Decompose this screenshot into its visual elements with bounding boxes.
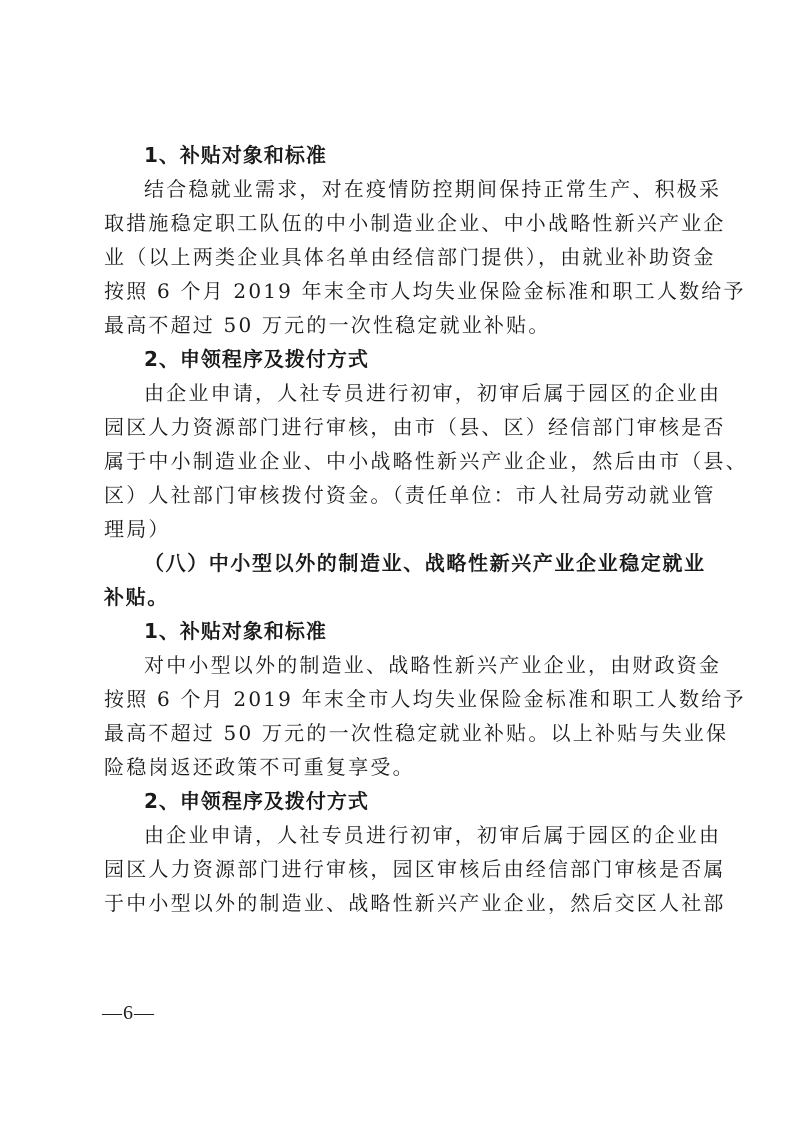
paragraph-application-procedure: 由企业申请，人社专员进行初审，初审后属于园区的企业由 园区人力资源部门进行审核，…	[104, 376, 702, 546]
paragraph-subsidy-target-standard: 对中小型以外的制造业、战略性新兴产业企业，由财政资金 按照 6 个月 2019 …	[104, 648, 702, 784]
subheading-subsidy-target-standard: 1、补贴对象和标准	[104, 138, 702, 172]
paragraph-line: 按照 6 个月 2019 年末全市人均失业保险金标准和职工人数给予	[104, 682, 702, 716]
paragraph-line: 取措施稳定职工队伍的中小制造业企业、中小战略性新兴产业企	[104, 206, 702, 240]
paragraph-line: 属于中小制造业企业、中小战略性新兴产业企业，然后由市（县、	[104, 444, 702, 478]
paragraph-line: 结合稳就业需求，对在疫情防控期间保持正常生产、积极采	[104, 172, 702, 206]
paragraph-line: 理局）	[104, 512, 702, 546]
paragraph-line: 最高不超过 50 万元的一次性稳定就业补贴。	[104, 308, 702, 342]
paragraph-line: 园区人力资源部门进行审核，园区审核后由经信部门审核是否属	[104, 852, 702, 886]
subheading-application-procedure: 2、申领程序及拨付方式	[104, 784, 702, 818]
paragraph-line: 区）人社部门审核拨付资金。（责任单位：市人社局劳动就业管	[104, 478, 702, 512]
subheading-application-procedure: 2、申领程序及拨付方式	[104, 342, 702, 376]
section-heading-line: （八）中小型以外的制造业、战略性新兴产业企业稳定就业	[104, 546, 702, 580]
paragraph-line: 按照 6 个月 2019 年末全市人均失业保险金标准和职工人数给予	[104, 274, 702, 308]
paragraph-line: 对中小型以外的制造业、战略性新兴产业企业，由财政资金	[104, 648, 702, 682]
paragraph-line: 最高不超过 50 万元的一次性稳定就业补贴。以上补贴与失业保	[104, 716, 702, 750]
paragraph-line: 由企业申请，人社专员进行初审，初审后属于园区的企业由	[104, 818, 702, 852]
paragraph-line: 业（以上两类企业具体名单由经信部门提供），由就业补助资金	[104, 240, 702, 274]
paragraph-subsidy-target-standard: 结合稳就业需求，对在疫情防控期间保持正常生产、积极采 取措施稳定职工队伍的中小制…	[104, 172, 702, 342]
paragraph-application-procedure: 由企业申请，人社专员进行初审，初审后属于园区的企业由 园区人力资源部门进行审核，…	[104, 818, 702, 920]
document-page: 1、补贴对象和标准 结合稳就业需求，对在疫情防控期间保持正常生产、积极采 取措施…	[0, 0, 792, 1122]
paragraph-line: 园区人力资源部门进行审核，由市（县、区）经信部门审核是否	[104, 410, 702, 444]
paragraph-line: 险稳岗返还政策不可重复享受。	[104, 750, 702, 784]
document-body: 1、补贴对象和标准 结合稳就业需求，对在疫情防控期间保持正常生产、积极采 取措施…	[104, 138, 702, 920]
section-heading-line: 补贴。	[104, 580, 702, 614]
paragraph-line: 于中小型以外的制造业、战略性新兴产业企业，然后交区人社部	[104, 886, 702, 920]
page-number: —6—	[102, 1002, 155, 1025]
subheading-subsidy-target-standard: 1、补贴对象和标准	[104, 614, 702, 648]
section-heading-eight: （八）中小型以外的制造业、战略性新兴产业企业稳定就业 补贴。	[104, 546, 702, 614]
paragraph-line: 由企业申请，人社专员进行初审，初审后属于园区的企业由	[104, 376, 702, 410]
